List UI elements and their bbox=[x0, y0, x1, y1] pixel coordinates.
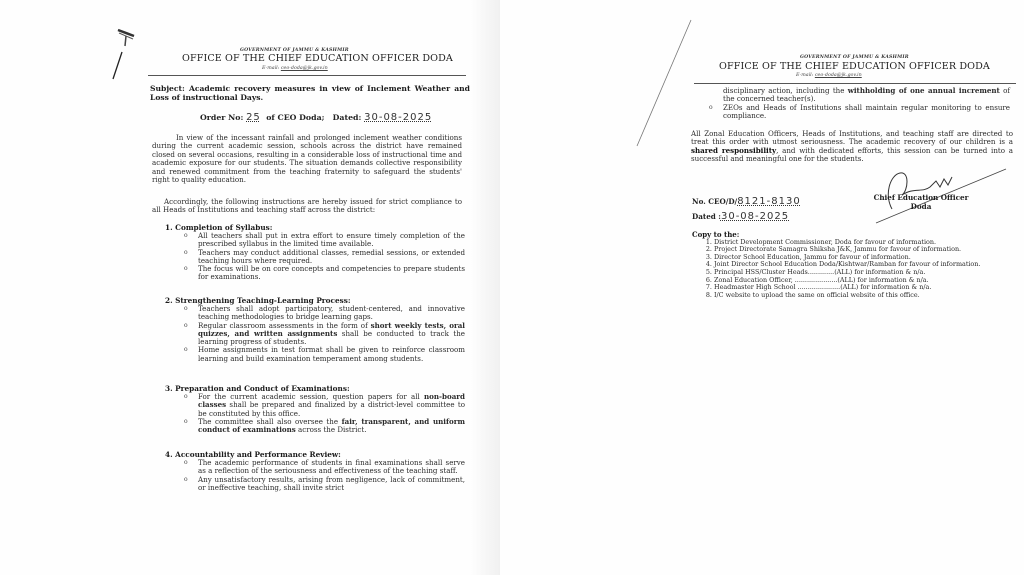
email-link[interactable]: ceo-doda@jk.gov.in bbox=[281, 66, 328, 71]
bullet-icon: o bbox=[184, 249, 188, 257]
bullet-icon: o bbox=[709, 104, 713, 112]
list-item: disciplinary action, including the withh… bbox=[705, 87, 1010, 104]
list-item: oThe focus will be on core concepts and … bbox=[180, 265, 465, 282]
section-accountability-continued: disciplinary action, including the withh… bbox=[705, 87, 1010, 120]
accordingly-paragraph: Accordingly, the following instructions … bbox=[152, 198, 462, 215]
header-rule bbox=[148, 75, 466, 76]
bullet-icon: o bbox=[184, 393, 188, 401]
list-item: I/C website to upload the same on offici… bbox=[714, 292, 1014, 300]
intro-paragraph: In view of the incessant rainfall and pr… bbox=[152, 134, 462, 184]
signatory-block: Chief Education Officer Doda bbox=[866, 193, 976, 211]
section-teaching-learning: 2. Strengthening Teaching-Learning Proce… bbox=[165, 296, 465, 363]
header-rule bbox=[694, 83, 1016, 84]
copy-to-list: Copy to the: District Development Commis… bbox=[692, 231, 1014, 299]
document-page-2: Government of Jammu & Kashmir OFFICE OF … bbox=[500, 0, 1024, 575]
list-item: oThe committee shall also oversee the fa… bbox=[180, 418, 465, 435]
email-line: E-mail: ceo-doda@jk.gov.in bbox=[262, 66, 328, 71]
signatory-place: Doda bbox=[866, 202, 976, 211]
office-title: OFFICE OF THE CHIEF EDUCATION OFFICER DO… bbox=[182, 53, 453, 64]
bullet-icon: o bbox=[184, 476, 188, 484]
clip-mark-icon bbox=[108, 22, 138, 82]
email-line: E-mail: ceo-doda@jk.gov.in bbox=[796, 73, 862, 78]
bullet-icon: o bbox=[184, 459, 188, 467]
section-syllabus: 1. Completion of Syllabus: oAll teachers… bbox=[165, 223, 465, 282]
document-page-1: Government of Jammu & Kashmir OFFICE OF … bbox=[0, 0, 500, 575]
list-item: oFor the current academic session, quest… bbox=[180, 393, 465, 418]
bullet-icon: o bbox=[184, 305, 188, 313]
list-item: oZEOs and Heads of Institutions shall ma… bbox=[705, 104, 1010, 121]
email-link[interactable]: ceo-doda@jk.gov.in bbox=[815, 73, 862, 78]
list-item: oThe academic performance of students in… bbox=[180, 459, 465, 476]
order-number: 25 bbox=[246, 112, 261, 123]
list-item: oRegular classroom assessments in the fo… bbox=[180, 322, 465, 347]
closing-paragraph: All Zonal Education Officers, Heads of I… bbox=[691, 130, 1013, 164]
bullet-icon: o bbox=[184, 346, 188, 354]
signatory-title: Chief Education Officer bbox=[866, 193, 976, 202]
office-title: OFFICE OF THE CHIEF EDUCATION OFFICER DO… bbox=[719, 61, 990, 72]
order-line: Order No: 25 of CEO Doda; Dated: 30-08-2… bbox=[200, 112, 432, 123]
list-item: oAny unsatisfactory results, arising fro… bbox=[180, 476, 465, 493]
bullet-icon: o bbox=[184, 265, 188, 273]
list-item: oHome assignments in test format shall b… bbox=[180, 346, 465, 363]
fold-line bbox=[635, 18, 695, 148]
order-date: 30-08-2025 bbox=[364, 112, 432, 123]
scan-shadow bbox=[470, 0, 500, 575]
bullet-icon: o bbox=[184, 322, 188, 330]
section-examinations: 3. Preparation and Conduct of Examinatio… bbox=[165, 384, 465, 434]
bullet-icon: o bbox=[184, 418, 188, 426]
list-item: oAll teachers shall put in extra effort … bbox=[180, 232, 465, 249]
government-line: Government of Jammu & Kashmir bbox=[800, 55, 909, 60]
reference-date: Dated :30-08-2025 bbox=[692, 211, 789, 222]
bullet-icon: o bbox=[184, 232, 188, 240]
section-accountability: 4. Accountability and Performance Review… bbox=[165, 450, 465, 492]
list-item: oTeachers may conduct additional classes… bbox=[180, 249, 465, 266]
reference-number: No. CEO/D/8121-8130 bbox=[692, 196, 801, 207]
subject: Subject: Academic recovery measures in v… bbox=[150, 84, 470, 102]
list-item: oTeachers shall adopt participatory, stu… bbox=[180, 305, 465, 322]
